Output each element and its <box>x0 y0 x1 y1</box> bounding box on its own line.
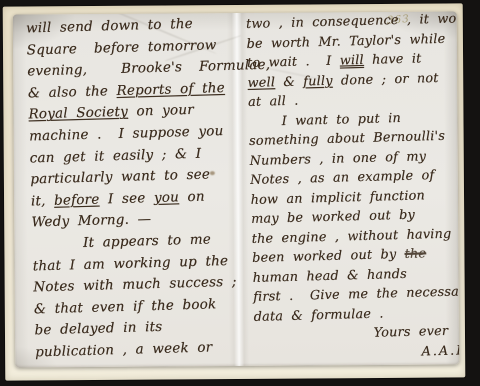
photo-mat-border: 363 will send down to the Square before … <box>3 3 466 380</box>
letter-page-left: will send down to the Square before tomo… <box>26 12 250 363</box>
letter-page-right: two , in consequence , it would be worth… <box>246 11 459 365</box>
letter-photograph: 363 will send down to the Square before … <box>0 0 480 386</box>
letter-paper: 363 will send down to the Square before … <box>13 11 459 367</box>
